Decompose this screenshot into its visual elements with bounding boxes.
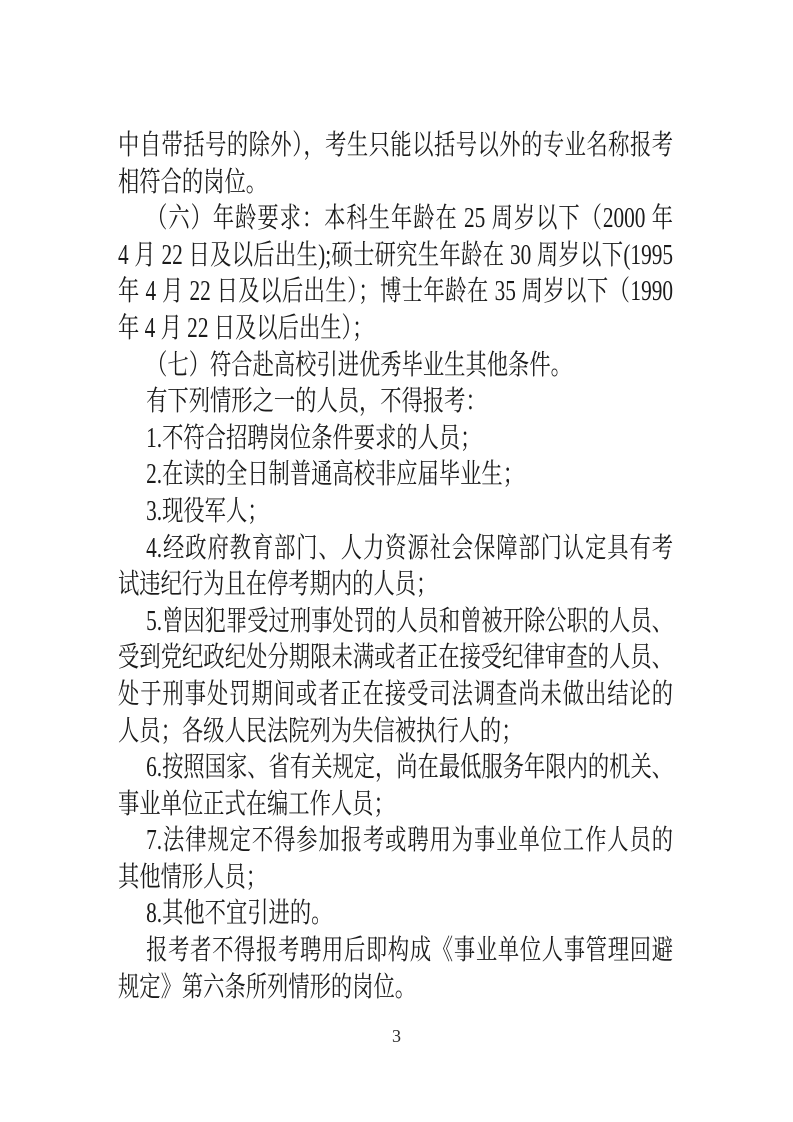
text-line: 报考者不得报考聘用后即构成《事业单位人事管理回避 — [118, 933, 673, 970]
document-page: 中自带括号的除外），考生只能以括号以外的专业名称报考 相符合的岗位。 （六）年龄… — [0, 0, 793, 1122]
text-line-item-2: 2.在读的全日制普通高校非应届毕业生； — [118, 457, 673, 494]
text-line: 受到党纪政纪处分期限未满或者正在接受纪律审查的人员、 — [118, 640, 673, 677]
text-line-item-1: 1.不符合招聘岗位条件要求的人员； — [118, 421, 673, 458]
text-line: 有下列情形之一的人员，不得报考： — [118, 384, 673, 421]
text-line-section-7: （七）符合赴高校引进优秀毕业生其他条件。 — [118, 348, 673, 385]
text-line-item-3: 3.现役军人； — [118, 494, 673, 531]
text-line: 4 月 22 日及以后出生);硕士研究生年龄在 30 周岁以下(1995 — [118, 238, 673, 275]
text-line: 年 4 月 22 日及以后出生）； — [118, 311, 673, 348]
text-line: 处于刑事处罚期间或者正在接受司法调查尚未做出结论的 — [118, 677, 673, 714]
text-line-item-4: 4.经政府教育部门、人力资源社会保障部门认定具有考 — [118, 531, 673, 568]
page-number: 3 — [0, 1026, 793, 1046]
text-line: 事业单位正式在编工作人员； — [118, 787, 673, 824]
text-line: 年 4 月 22 日及以后出生）；博士年龄在 35 周岁以下（1990 — [118, 274, 673, 311]
text-line: 相符合的岗位。 — [118, 165, 673, 202]
text-line: 规定》第六条所列情形的岗位。 — [118, 970, 673, 1007]
text-line-item-8: 8.其他不宜引进的。 — [118, 896, 673, 933]
text-line: 试违纪行为且在停考期内的人员； — [118, 567, 673, 604]
text-line: 中自带括号的除外），考生只能以括号以外的专业名称报考 — [118, 128, 673, 165]
document-body: 中自带括号的除外），考生只能以括号以外的专业名称报考 相符合的岗位。 （六）年龄… — [118, 128, 673, 1006]
text-line-item-7: 7.法律规定不得参加报考或聘用为事业单位工作人员的 — [118, 823, 673, 860]
text-line-section-6: （六）年龄要求：本科生年龄在 25 周岁以下（2000 年 — [118, 201, 673, 238]
text-line-item-5: 5.曾因犯罪受过刑事处罚的人员和曾被开除公职的人员、 — [118, 604, 673, 641]
text-line-item-6: 6.按照国家、省有关规定，尚在最低服务年限内的机关、 — [118, 750, 673, 787]
text-line: 其他情形人员； — [118, 860, 673, 897]
text-line: 人员；各级人民法院列为失信被执行人的； — [118, 714, 673, 751]
